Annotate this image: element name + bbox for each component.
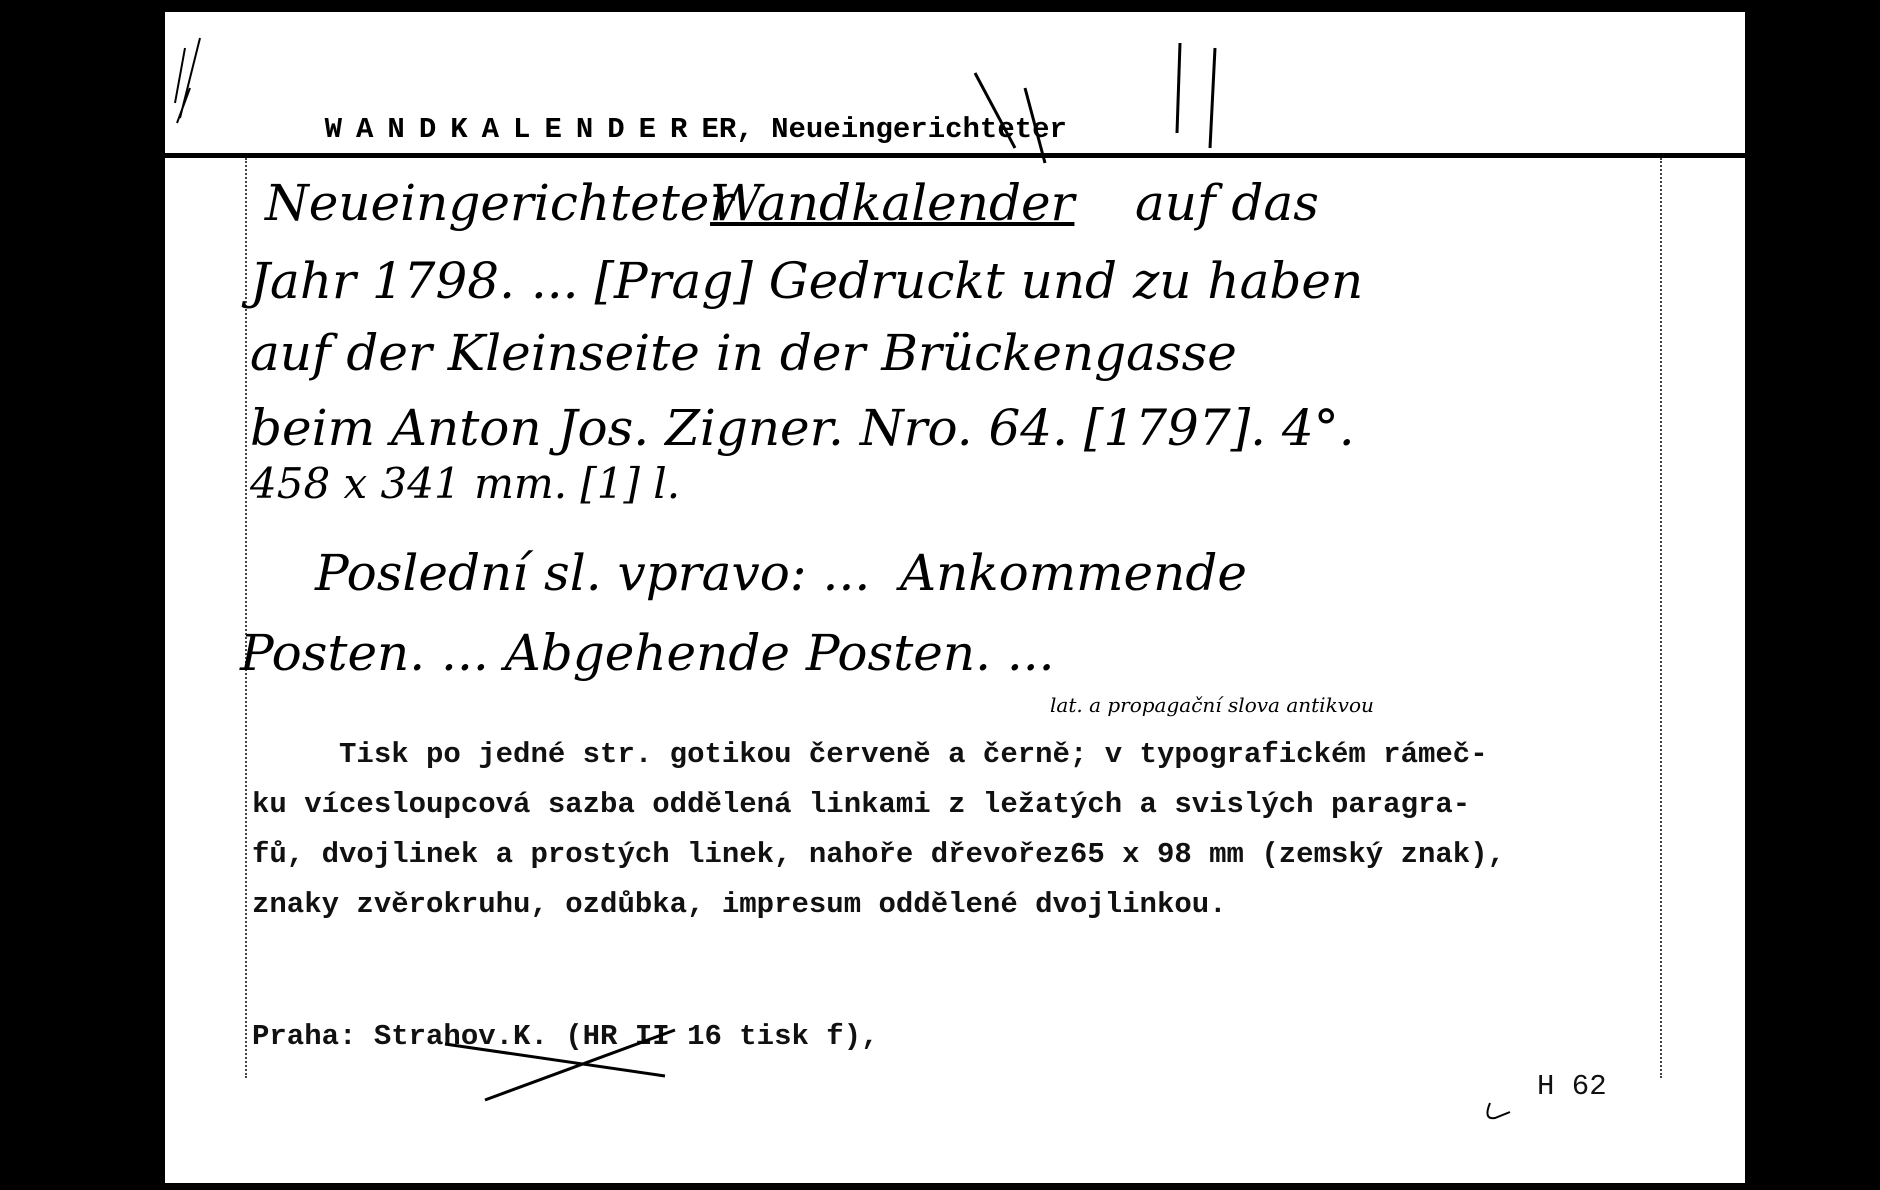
hand-annotation: lat. a propagační slova antikvou [1050, 695, 1374, 715]
card-heading: WANDKALENDERER, Neueingerichteter [255, 80, 1067, 179]
hand-line-2: Jahr 1798. ... [Prag] Gedruckt und zu ha… [250, 256, 1363, 306]
hand-note-label: Poslední sl. vpravo: ... [315, 548, 870, 598]
hook-mark-icon [1487, 1103, 1510, 1118]
pen-stroke-icon [175, 38, 200, 123]
heading-subtitle: , Neueingerichteter [736, 113, 1067, 146]
hand-note-text-1: Ankommende [900, 548, 1247, 598]
right-margin-line [1660, 158, 1662, 1078]
heading-title: WANDKALENDER [325, 113, 702, 146]
shelfmark: H 62 [1537, 1070, 1607, 1103]
hand-line-5: 458 x 341 mm. [1] l. [250, 463, 680, 505]
heading-overtype: ER [701, 113, 736, 146]
left-margin-line [245, 158, 247, 1078]
hand-note-text-2: Posten. ... Abgehende Posten. ... [240, 628, 1055, 678]
hand-line-1a: Neueingerichteter [265, 178, 733, 228]
catalog-card: WANDKALENDERER, Neueingerichteter Neuein… [165, 8, 1745, 1183]
hand-line-1c: auf das [1135, 178, 1319, 228]
description-line: Tisk po jedné str. gotikou červeně a čer… [252, 730, 1672, 780]
description-line: ku vícesloupcová sazba oddělená linkami … [252, 780, 1672, 830]
description-line: fů, dvojlinek a prostých linek, nahoře d… [252, 830, 1672, 880]
hand-line-4: beim Anton Jos. Zigner. Nro. 64. [1797].… [250, 403, 1355, 453]
description-line: znaky zvěrokruhu, ozdůbka, impresum oddě… [252, 880, 1672, 930]
hand-line-1b: Wandkalender [710, 178, 1074, 228]
hand-line-3: auf der Kleinseite in der Brückengasse [250, 328, 1237, 378]
holding-location: Praha: Strahov.K. (HR II 16 tisk f), [252, 1020, 879, 1053]
description-block: Tisk po jedné str. gotikou červeně a čer… [252, 730, 1672, 930]
